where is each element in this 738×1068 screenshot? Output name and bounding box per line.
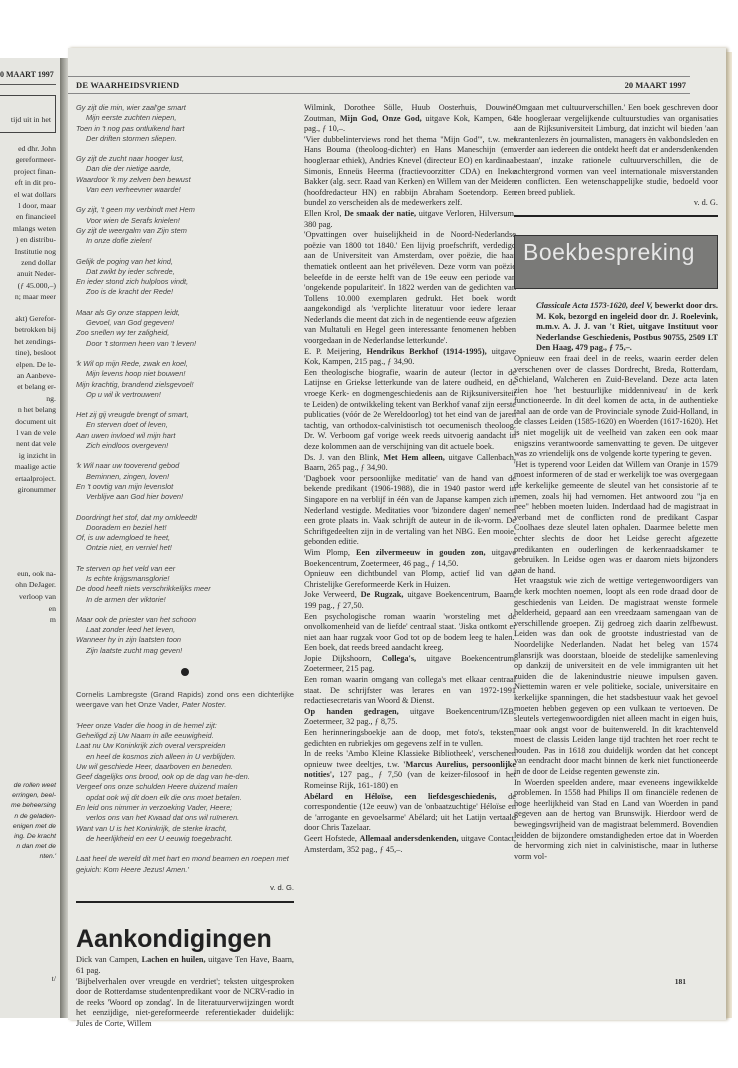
poem-line: Waardoor 'k my zelven ben bewust — [76, 175, 294, 185]
previous-page-line: gereformeer- — [15, 154, 56, 165]
poem-line: Op u wil ik vertrouwen! — [76, 390, 294, 400]
previous-page-line: n; maar meer — [15, 291, 56, 302]
prayer-line: de heerlijkheid en eer U eeuwig toegebra… — [76, 834, 294, 844]
prayer-closing: Laat heel de wereld dit met hart en mond… — [76, 854, 294, 875]
column-announcements: Wilmink, Dorothee Sölle, Huub Oosterhuis… — [304, 103, 516, 855]
poem-line: 'k Wil op mijn Rede, zwak en koel, — [76, 359, 294, 369]
review-paragraph: Opnieuw een fraai deel in de reeks, waar… — [514, 354, 718, 460]
announcement-description: 'Omgaan met cultuurverschillen.' Een boe… — [514, 103, 718, 198]
prayer-poem: 'Heer onze Vader die hoog in de hemel zi… — [76, 721, 294, 845]
divider — [0, 84, 56, 85]
section-divider — [76, 901, 294, 903]
entry-text: E. P. Meijering, — [304, 347, 366, 356]
previous-page-line: l door, maar — [18, 200, 56, 211]
divider — [68, 76, 690, 77]
book-title: Met Hem alleen, — [383, 453, 444, 462]
announcement-entry: Ds. J. van den Blink, Met Hem alleen, ui… — [304, 453, 516, 474]
poem-line: Zoo is de kracht der Rede! — [76, 287, 294, 297]
section-divider — [514, 215, 718, 217]
previous-page-line: ig inzicht in — [19, 450, 56, 461]
prayer-line: 'Heer onze Vader die hoog in de hemel zi… — [76, 721, 294, 731]
prayer-line: Want van U is het Koninkrijk, de sterke … — [76, 824, 294, 834]
poem-line: Wanneer hy in zijn laatsten toon — [76, 635, 294, 645]
announcement-entry: Dick van Campen, Lachen en huilen, uitga… — [76, 955, 294, 976]
announcement-entry: Geert Hofstede, Allemaal andersdenkenden… — [304, 834, 516, 855]
issue-date: 20 MAART 1997 — [625, 80, 686, 90]
previous-page-line: anuit Neder- — [17, 268, 56, 279]
poem-stanza: Het zij gij vreugde brengt of smart,En s… — [76, 410, 294, 451]
review-body: Opnieuw een fraai deel in de reeks, waar… — [514, 354, 718, 863]
entry-text: Een psychologische roman waarin 'worstel… — [304, 612, 516, 653]
previous-page-line: eun, ook na- — [17, 568, 56, 579]
prayer-line: Geheiligd zij Uw Naam in alle eeuwigheid… — [76, 731, 294, 741]
prayer-line: opdat ook wij dit doen elk die ons moet … — [76, 793, 294, 803]
poem-line: Der driften stormen sliepen. — [76, 134, 294, 144]
previous-page-line: Institutie nog — [15, 246, 56, 257]
masthead: DE WAARHEIDSVRIEND — [76, 80, 179, 90]
poem-line: Toen in 't nog pas ontluikend hart — [76, 124, 294, 134]
previous-page-line: t/ — [52, 973, 56, 984]
poem-line: Maar als Gy onze stappen leidt, — [76, 308, 294, 318]
previous-page-edge: 20 MAART 1997 tijd uit in het ed dhr. Jo… — [0, 58, 61, 1018]
poem-line: En ieder stond zich hulploos vindt, — [76, 277, 294, 287]
previous-page-line: verloop van — [19, 591, 56, 602]
entry-text: Joke Verweerd, — [304, 590, 361, 599]
book-title: Een zilvermeeuw in gouden zon, — [356, 548, 486, 557]
poem-line: In de armen der viktorie! — [76, 595, 294, 605]
previous-page-line: l van de vele — [16, 427, 56, 438]
announcement-entry: Ellen Krol, De smaak der natie, uitgave … — [304, 209, 516, 230]
entry-text: Jopie Dijkshoorn, — [304, 654, 382, 663]
entry-text: Ds. J. van den Blink, — [304, 453, 383, 462]
announcement-entry: Wim Plomp, Een zilvermeeuw in gouden zon… — [304, 548, 516, 569]
previous-page-line: project finan- — [14, 166, 56, 177]
poem-line: Gy zijt de zucht naar hooger lust, — [76, 154, 294, 164]
entry-text: Geert Hofstede, — [304, 834, 360, 843]
poem-stanza: Maar als Gy onze stappen leidt,Gevoel, v… — [76, 308, 294, 349]
previous-page-line: akt) Gerefor- — [15, 313, 56, 324]
prayer-line: Uw wil geschiede Heer, daarboven en bene… — [76, 762, 294, 772]
previous-page-line: en — [49, 603, 56, 614]
prayer-intro: Cornelis Lambregste (Grand Rapids) zond … — [76, 690, 294, 711]
poem-stanza: Gelijk de poging van het kind,Dat zwikt … — [76, 257, 294, 298]
announcement-entry: 'Opvattingen over huiselijkheid in de No… — [304, 230, 516, 347]
previous-page-line: ed dhr. John — [18, 143, 56, 154]
previous-page-line: elpen. De le- — [16, 359, 56, 370]
previous-page-line: ng. — [46, 393, 56, 404]
entry-text: Wim Plomp, — [304, 548, 356, 557]
poem-line: Beminnen, zingen, loven! — [76, 472, 294, 482]
poem-line: Aan uwen invloed wil mijn hart — [76, 431, 294, 441]
signature: v. d. G. — [514, 198, 718, 209]
poem-line: Verblijve aan God hier boven! — [76, 492, 294, 502]
previous-page-line: gironummer — [17, 484, 56, 495]
previous-page-line: ertaalproject. — [15, 473, 56, 484]
review-paragraph: 'Het is typerend voor Leiden dat Willem … — [514, 460, 718, 577]
previous-page-line: et belang er- — [17, 381, 56, 392]
magazine-page: DE WAARHEIDSVRIEND 20 MAART 1997 Gy zijt… — [68, 48, 726, 1020]
poem-line: Door 't stormen heen van 't leven! — [76, 339, 294, 349]
poem-line: En 't oovtig van mijn levenslot — [76, 482, 294, 492]
poem-line: Zoo snellen wy ter zaligheid, — [76, 328, 294, 338]
poem-line: Of, is uw ademgloed te heet, — [76, 533, 294, 543]
poem-line: Gy zijt de weergalm van Zijn stem — [76, 226, 294, 236]
previous-page-line: document uit — [15, 416, 56, 427]
entry-text: Een theologische biografie, waarin de au… — [304, 368, 516, 451]
review-heading: Classicale Acta 1573-1620, deel V, bewer… — [514, 301, 718, 354]
book-title: De Rugzak, — [361, 590, 404, 599]
previous-page-line: m — [50, 614, 56, 625]
previous-page-date: 20 MAART 1997 — [0, 70, 54, 79]
poem-line: En sterven doet of leven, — [76, 420, 294, 430]
book-title: Op handen gedragen, — [304, 707, 399, 716]
poem-line: Gy zijt, 't geen my verbindt met Hem — [76, 205, 294, 215]
previous-page-line: ) en distribu- — [16, 234, 56, 245]
previous-page-line: n het belang — [18, 404, 56, 415]
book-title: Mijn God, Onze God, — [340, 114, 422, 123]
announcement-entry: Een herinneringsboekje aan de doop, met … — [304, 728, 516, 749]
book-title: Hendrikus Berkhof (1914-1995), — [366, 347, 486, 356]
poem-line: Gevoel, van God gegeven! — [76, 318, 294, 328]
poem-line: Mijn levens hoop niet bouwen! — [76, 369, 294, 379]
poem-stanza: Gy zijt die min, wier zaal'ge smartMijn … — [76, 103, 294, 144]
poem-stanza: Gy zijt de zucht naar hooger lust,Dan di… — [76, 154, 294, 195]
review-paragraph: Het vraagstuk wie zich de wettige verteg… — [514, 576, 718, 777]
announcement-description: 'Bijbelverhalen over vreugde en verdriet… — [76, 977, 294, 1030]
poem-stanza: Te sterven op het veld van eerIs echte k… — [76, 564, 294, 605]
entry-text: 127 pag., ƒ 7,50 (van de keizer-filosoof… — [304, 770, 516, 790]
prayer-line: Laat nu Uw Koninkrijk zich overal verspr… — [76, 741, 294, 751]
announcement-entry: Een theologische biografie, waarin de au… — [304, 368, 516, 453]
prayer-line: En leid ons nimmer in verzoeking Vader, … — [76, 803, 294, 813]
previous-page-line: an Aanbeve- — [17, 370, 56, 381]
poem-line: Dan die der nietige aarde, — [76, 164, 294, 174]
prayer-line: Vergeef ons onze schulden Heere duizend … — [76, 782, 294, 792]
page-header: DE WAARHEIDSVRIEND 20 MAART 1997 — [68, 48, 726, 88]
previous-page-line: maalige actie — [15, 461, 56, 472]
poem-stanza: Gy zijt, 't geen my verbindt met HemVoor… — [76, 205, 294, 246]
announcement-entry: Opnieuw een dichtbundel van Plomp, actie… — [304, 569, 516, 590]
announcement-entry: 'Vier dubbelinterviews rond het thema "M… — [304, 135, 516, 209]
entry-text: 'Opvattingen over huiselijkheid in de No… — [304, 230, 516, 345]
poem-line: Zijn laatste zucht mag geven! — [76, 646, 294, 656]
previous-page-line: ohn DeJager. — [15, 579, 56, 590]
column-review: 'Omgaan met cultuurverschillen.' Een boe… — [514, 103, 718, 862]
book-gutter — [60, 58, 68, 1018]
poem-line: Ontzie niet, en verniel het! — [76, 543, 294, 553]
poem-stanza: Doordringt het stof, dat my omkleedt!Doo… — [76, 513, 294, 554]
poem-line: Te sterven op het veld van eer — [76, 564, 294, 574]
previous-page-line: tine), besloot — [15, 347, 56, 358]
announcement-entry: Een roman waarin omgang van collega's me… — [304, 675, 516, 707]
announcement-entry: Jopie Dijkshoorn, Collega's, uitgave Boe… — [304, 654, 516, 675]
poem-line: Gy zijt die min, wier zaal'ge smart — [76, 103, 294, 113]
poem-line: Mijn krachtig, brandend zielsgevoel! — [76, 380, 294, 390]
poem-line: Maar ook de priester van het schoon — [76, 615, 294, 625]
previous-page-line: betrokken bij — [15, 324, 56, 335]
previous-page-line: eft in dit pro- — [15, 177, 56, 188]
previous-page-line: (ƒ 45.000,–) — [18, 280, 56, 291]
poem-line: Van een verheevner waarde! — [76, 185, 294, 195]
entry-text: 'Vier dubbelinterviews rond het thema "M… — [304, 135, 516, 208]
divider — [68, 93, 690, 94]
entry-text: 'Dagboek voor persoonlijke meditatie' va… — [304, 474, 516, 547]
poem-line: Is echte krijgsmansglorie! — [76, 574, 294, 584]
poem-line: Dooradem en beziel het! — [76, 523, 294, 533]
poem-stanza: 'k Wil naar uw tooverend gebodBeminnen, … — [76, 461, 294, 502]
announcement-entry: Een psychologische roman waarin 'worstel… — [304, 612, 516, 654]
poem-line: Gelijk de poging van het kind, — [76, 257, 294, 267]
book-title: Allemaal andersdenkenden, — [360, 834, 459, 843]
poem-line: Zich eindloos overgeven! — [76, 441, 294, 451]
prayer-line: en heel de kosmos zich alleen in U verbl… — [76, 752, 294, 762]
previous-page-line: zend dollar — [21, 257, 56, 268]
previous-page-line: el wat dollars — [14, 189, 56, 200]
previous-page-line: nten.' — [40, 851, 56, 862]
previous-page-line: het zendings- — [14, 336, 56, 347]
entry-text: Een roman waarin omgang van collega's me… — [304, 675, 516, 705]
book-title: De smaak der natie, — [344, 209, 416, 218]
review-paragraph: In Woerden speelden andere, maar eveneen… — [514, 778, 718, 863]
page-number: 181 — [675, 977, 686, 986]
book-review-banner: Boekbespreking — [514, 235, 718, 289]
bullet-separator — [181, 668, 189, 676]
column-poetry: Gy zijt die min, wier zaal'ge smartMijn … — [76, 103, 294, 1030]
announcement-entry: Abélard en Héloïse, een liefdesgeschiede… — [304, 792, 516, 834]
announcement-entry: Wilmink, Dorothee Sölle, Huub Oosterhuis… — [304, 103, 516, 135]
announcement-entry: Op handen gedragen, uitgave Boekencentru… — [304, 707, 516, 728]
entry-text: Ellen Krol, — [304, 209, 344, 218]
poem-stanza: 'k Wil op mijn Rede, zwak en koel,Mijn l… — [76, 359, 294, 400]
entry-text: Opnieuw een dichtbundel van Plomp, actie… — [304, 569, 516, 589]
previous-page-line: en financieel — [16, 211, 56, 222]
entry-text: Een herinneringsboekje aan de doop, met … — [304, 728, 516, 748]
poem-line: Mijn eerste zuchten niepen, — [76, 113, 294, 123]
signature: v. d. G. — [76, 883, 294, 894]
previous-page-box: tijd uit in het — [0, 95, 56, 133]
announcement-entry: 'Dagboek voor persoonlijke meditatie' va… — [304, 474, 516, 548]
poem-line: Doordringt het stof, dat my omkleedt! — [76, 513, 294, 523]
poem-line: Dat zwikt by ieder schrede, — [76, 267, 294, 277]
section-title: Aankondigingen — [76, 925, 294, 953]
book-title: Collega's, — [382, 654, 416, 663]
previous-page-line: nent dat vele — [16, 438, 56, 449]
poem: Gy zijt die min, wier zaal'ge smartMijn … — [76, 103, 294, 656]
poem-line: 'k Wil naar uw tooverend gebod — [76, 461, 294, 471]
prayer-line: Geef dagelijks ons brood, ook op de dag … — [76, 772, 294, 782]
book-title: Abélard en Héloïse, een liefdesgeschiede… — [304, 792, 496, 801]
announcement-entry: In de reeks 'Ambo Kleine Klassieke Bibli… — [304, 749, 516, 791]
announcement-entry: Joke Verweerd, De Rugzak, uitgave Boeken… — [304, 590, 516, 611]
poem-line: De dood heeft niets verschrikkelijks mee… — [76, 584, 294, 594]
poem-line: In onze dofle zielen! — [76, 236, 294, 246]
prayer-line: verlos ons van het Kwaad dat ons wil ruï… — [76, 813, 294, 823]
poem-line: Laat zonder leed het leven, — [76, 625, 294, 635]
poem-stanza: Maar ook de priester van het schoonLaat … — [76, 615, 294, 656]
announcement-entry: E. P. Meijering, Hendrikus Berkhof (1914… — [304, 347, 516, 368]
previous-page-line: mlangs weten — [13, 223, 56, 234]
banner-title: Boekbespreking — [523, 247, 695, 258]
poem-line: Voor wien de Serafs knielen! — [76, 216, 294, 226]
previous-page-box-text: tijd uit in het — [11, 114, 51, 125]
page-edge — [726, 52, 732, 1018]
poem-line: Het zij gij vreugde brengt of smart, — [76, 410, 294, 420]
